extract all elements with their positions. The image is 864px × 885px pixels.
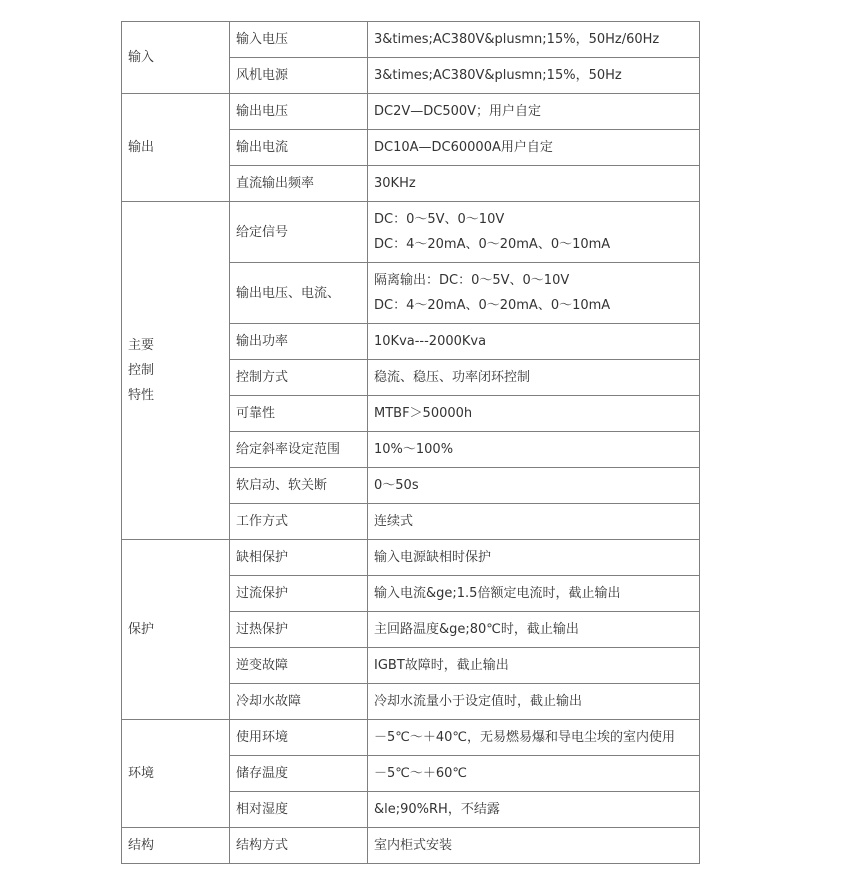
category-cell: 输入 xyxy=(122,22,230,94)
value-line: DC：4～20mA、0～20mA、0～10mA xyxy=(374,232,693,257)
value-cell: 隔离输出：DC：0～5V、0～10V DC：4～20mA、0～20mA、0～10… xyxy=(368,263,700,324)
item-cell: 工作方式 xyxy=(230,504,368,540)
item-cell: 风机电源 xyxy=(230,58,368,94)
category-label: 保护 xyxy=(128,617,223,642)
item-cell: 输出电压 xyxy=(230,94,368,130)
category-cell: 保护 xyxy=(122,540,230,720)
item-cell: 可靠性 xyxy=(230,396,368,432)
item-cell: 冷却水故障 xyxy=(230,684,368,720)
category-label: 结构 xyxy=(128,833,223,858)
item-cell: 给定信号 xyxy=(230,202,368,263)
value-cell: IGBT故障时，截止输出 xyxy=(368,648,700,684)
item-cell: 储存温度 xyxy=(230,756,368,792)
item-cell: 输出电流 xyxy=(230,130,368,166)
value-cell: 3&times;AC380V&plusmn;15%，50Hz/60Hz xyxy=(368,22,700,58)
category-cell: 环境 xyxy=(122,720,230,828)
item-cell: 缺相保护 xyxy=(230,540,368,576)
category-label: 主要 xyxy=(128,333,223,358)
table-row: 保护 缺相保护 输入电源缺相时保护 xyxy=(122,540,700,576)
category-cell: 结构 xyxy=(122,828,230,864)
table-row: 主要 控制 特性 给定信号 DC：0～5V、0～10V DC：4～20mA、0～… xyxy=(122,202,700,263)
item-cell: 控制方式 xyxy=(230,360,368,396)
category-cell: 输出 xyxy=(122,94,230,202)
item-cell: 过热保护 xyxy=(230,612,368,648)
value-cell: －5℃～＋60℃ xyxy=(368,756,700,792)
item-cell: 逆变故障 xyxy=(230,648,368,684)
item-cell: 结构方式 xyxy=(230,828,368,864)
item-cell: 输入电压 xyxy=(230,22,368,58)
value-cell: 稳流、稳压、功率闭环控制 xyxy=(368,360,700,396)
item-cell: 输出电压、电流、 xyxy=(230,263,368,324)
category-label: 输入 xyxy=(128,45,223,70)
table-row: 环境 使用环境 －5℃～＋40℃，无易燃易爆和导电尘埃的室内使用 xyxy=(122,720,700,756)
category-label: 输出 xyxy=(128,135,223,160)
value-cell: 3&times;AC380V&plusmn;15%，50Hz xyxy=(368,58,700,94)
value-cell: 0～50s xyxy=(368,468,700,504)
value-cell: &le;90%RH，不结露 xyxy=(368,792,700,828)
value-line: 隔离输出：DC：0～5V、0～10V xyxy=(374,268,693,293)
value-cell: 30KHz xyxy=(368,166,700,202)
value-cell: 输入电源缺相时保护 xyxy=(368,540,700,576)
value-cell: 主回路温度&ge;80℃时，截止输出 xyxy=(368,612,700,648)
table-row: 结构 结构方式 室内柜式安装 xyxy=(122,828,700,864)
value-cell: 输入电流&ge;1.5倍额定电流时，截止输出 xyxy=(368,576,700,612)
value-cell: 冷却水流量小于设定值时，截止输出 xyxy=(368,684,700,720)
value-cell: －5℃～＋40℃，无易燃易爆和导电尘埃的室内使用 xyxy=(368,720,700,756)
value-cell: 10Kva---2000Kva xyxy=(368,324,700,360)
value-cell: 连续式 xyxy=(368,504,700,540)
value-line: DC：0～5V、0～10V xyxy=(374,207,693,232)
table-row: 输入 输入电压 3&times;AC380V&plusmn;15%，50Hz/6… xyxy=(122,22,700,58)
table-row: 输出 输出电压 DC2V—DC500V；用户自定 xyxy=(122,94,700,130)
category-label: 环境 xyxy=(128,761,223,786)
value-cell: 室内柜式安装 xyxy=(368,828,700,864)
item-cell: 过流保护 xyxy=(230,576,368,612)
item-cell: 相对湿度 xyxy=(230,792,368,828)
value-cell: MTBF＞50000h xyxy=(368,396,700,432)
item-cell: 使用环境 xyxy=(230,720,368,756)
item-cell: 输出功率 xyxy=(230,324,368,360)
item-cell: 给定斜率设定范围 xyxy=(230,432,368,468)
value-cell: DC10A—DC60000A用户自定 xyxy=(368,130,700,166)
value-cell: DC2V—DC500V；用户自定 xyxy=(368,94,700,130)
value-cell: DC：0～5V、0～10V DC：4～20mA、0～20mA、0～10mA xyxy=(368,202,700,263)
category-label: 特性 xyxy=(128,383,223,408)
item-cell: 软启动、软关断 xyxy=(230,468,368,504)
value-cell: 10%～100% xyxy=(368,432,700,468)
category-label: 控制 xyxy=(128,358,223,383)
category-cell: 主要 控制 特性 xyxy=(122,202,230,540)
spec-table: 输入 输入电压 3&times;AC380V&plusmn;15%，50Hz/6… xyxy=(121,21,700,864)
value-line: DC：4～20mA、0～20mA、0～10mA xyxy=(374,293,693,318)
item-cell: 直流输出频率 xyxy=(230,166,368,202)
